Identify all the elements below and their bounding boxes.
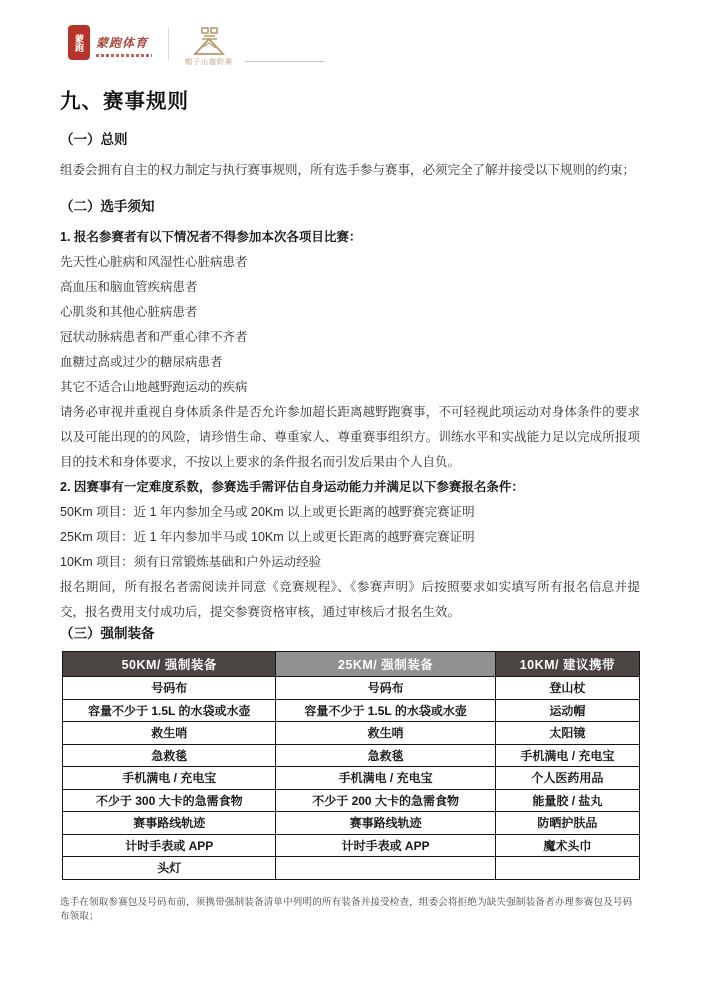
list-item: 血糖过高或过少的糖尿病患者 <box>60 350 640 375</box>
org-tagline-text <box>96 54 152 57</box>
table-cell: 太阳镜 <box>495 722 639 745</box>
table-cell: 不少于 300 大卡的急需食物 <box>63 789 276 812</box>
section-heading-equipment: （三）强制装备 <box>60 625 640 643</box>
race-logo-block: 帽子山越野赛 <box>185 25 233 67</box>
table-row: 计时手表或 APP 计时手表或 APP 魔术头巾 <box>63 834 640 857</box>
table-cell: 号码布 <box>276 677 495 700</box>
registration-paragraph: 报名期间，所有报名者需阅读并同意《竞赛规程》、《参赛声明》后按照要求如实填写所有… <box>60 575 640 625</box>
table-row: 急救毯 急救毯 手机满电 / 充电宝 <box>63 744 640 767</box>
medical-conditions-list: 先天性心脏病和风湿性心脏病患者 高血压和脑血管疾病患者 心肌炎和其他心脏病患者 … <box>60 250 640 400</box>
table-cell: 赛事路线轨迹 <box>63 812 276 835</box>
qualification-list: 50Km 项目：近 1 年内参加全马或 20Km 以上或更长距离的越野赛完赛证明… <box>60 500 640 575</box>
header-rule-line <box>245 61 325 62</box>
table-cell: 容量不少于 1.5L 的水袋或水壶 <box>276 699 495 722</box>
table-cell: 急救毯 <box>63 744 276 767</box>
table-row: 救生哨 救生哨 太阳镜 <box>63 722 640 745</box>
table-cell: 不少于 200 大卡的急需食物 <box>276 789 495 812</box>
list-item: 高血压和脑血管疾病患者 <box>60 275 640 300</box>
table-cell: 手机满电 / 充电宝 <box>63 767 276 790</box>
rule1-heading: 1. 报名参赛者有以下情况者不得参加本次各项目比赛： <box>60 225 640 250</box>
table-cell: 能量胶 / 盐丸 <box>495 789 639 812</box>
mountain-gate-icon <box>191 26 227 56</box>
list-item: 先天性心脏病和风湿性心脏病患者 <box>60 250 640 275</box>
table-cell: 魔术头巾 <box>495 834 639 857</box>
equipment-check-note: 选手在领取参赛包及号码布前，须携带强制装备清单中列明的所有装备并接受检查，组委会… <box>60 896 640 924</box>
list-item: 50Km 项目：近 1 年内参加全马或 20Km 以上或更长距离的越野赛完赛证明 <box>60 500 640 525</box>
section-heading-notice: （二）选手须知 <box>60 198 640 216</box>
risk-paragraph: 请务必审视并重视自身体质条件是否允许参加超长距离越野跑赛事，不可轻视此项运动对身… <box>60 400 640 475</box>
table-cell <box>495 857 639 880</box>
list-item: 10Km 项目：须有日常锻炼基础和户外运动经验 <box>60 550 640 575</box>
table-cell: 号码布 <box>63 677 276 700</box>
table-cell: 救生哨 <box>63 722 276 745</box>
table-header-50km: 50KM/ 强制装备 <box>63 652 276 677</box>
table-cell <box>276 857 495 880</box>
table-cell: 手机满电 / 充电宝 <box>495 744 639 767</box>
table-cell: 赛事路线轨迹 <box>276 812 495 835</box>
table-row: 不少于 300 大卡的急需食物 不少于 200 大卡的急需食物 能量胶 / 盐丸 <box>63 789 640 812</box>
table-cell: 急救毯 <box>276 744 495 767</box>
document-page: 蒙跑 蒙跑体育 帽子山越野赛 九、赛事规则 （一）总则 组委会拥有自主的权力制定… <box>0 0 702 924</box>
rule2-heading: 2. 因赛事有一定难度系数，参赛选手需评估自身运动能力并满足以下参赛报名条件： <box>60 475 640 500</box>
header: 蒙跑 蒙跑体育 帽子山越野赛 <box>60 25 640 65</box>
section-heading-general: （一）总则 <box>60 131 640 149</box>
table-row: 号码布 号码布 登山杖 <box>63 677 640 700</box>
list-item: 冠状动脉病患者和严重心律不齐者 <box>60 325 640 350</box>
table-cell: 容量不少于 1.5L 的水袋或水壶 <box>63 699 276 722</box>
org-name: 蒙跑体育 <box>96 34 152 51</box>
table-row: 手机满电 / 充电宝 手机满电 / 充电宝 个人医药用品 <box>63 767 640 790</box>
list-item: 其它不适合山地越野跑运动的疾病 <box>60 375 640 400</box>
list-item: 25Km 项目：近 1 年内参加半马或 10Km 以上或更长距离的越野赛完赛证明 <box>60 525 640 550</box>
table-cell: 救生哨 <box>276 722 495 745</box>
table-cell: 手机满电 / 充电宝 <box>276 767 495 790</box>
table-header-10km: 10KM/ 建议携带 <box>495 652 639 677</box>
table-cell: 计时手表或 APP <box>63 834 276 857</box>
list-item: 心肌炎和其他心脏病患者 <box>60 300 640 325</box>
table-cell: 计时手表或 APP <box>276 834 495 857</box>
equipment-table: 50KM/ 强制装备 25KM/ 强制装备 10KM/ 建议携带 号码布 号码布… <box>62 651 640 880</box>
table-cell: 登山杖 <box>495 677 639 700</box>
table-cell: 防晒护肤品 <box>495 812 639 835</box>
table-row: 赛事路线轨迹 赛事路线轨迹 防晒护肤品 <box>63 812 640 835</box>
race-name: 帽子山越野赛 <box>185 57 233 67</box>
page-title: 九、赛事规则 <box>60 89 640 114</box>
logo-divider <box>168 27 169 61</box>
mengpao-seal-icon: 蒙跑 <box>68 25 90 60</box>
table-header-25km: 25KM/ 强制装备 <box>276 652 495 677</box>
table-row: 容量不少于 1.5L 的水袋或水壶 容量不少于 1.5L 的水袋或水壶 运动帽 <box>63 699 640 722</box>
mengpao-logo-block: 蒙跑体育 <box>96 25 152 57</box>
table-cell: 个人医药用品 <box>495 767 639 790</box>
table-header-row: 50KM/ 强制装备 25KM/ 强制装备 10KM/ 建议携带 <box>63 652 640 677</box>
table-row: 头灯 <box>63 857 640 880</box>
table-cell: 头灯 <box>63 857 276 880</box>
general-body: 组委会拥有自主的权力制定与执行赛事规则，所有选手参与赛事，必须完全了解并接受以下… <box>60 158 640 183</box>
table-cell: 运动帽 <box>495 699 639 722</box>
